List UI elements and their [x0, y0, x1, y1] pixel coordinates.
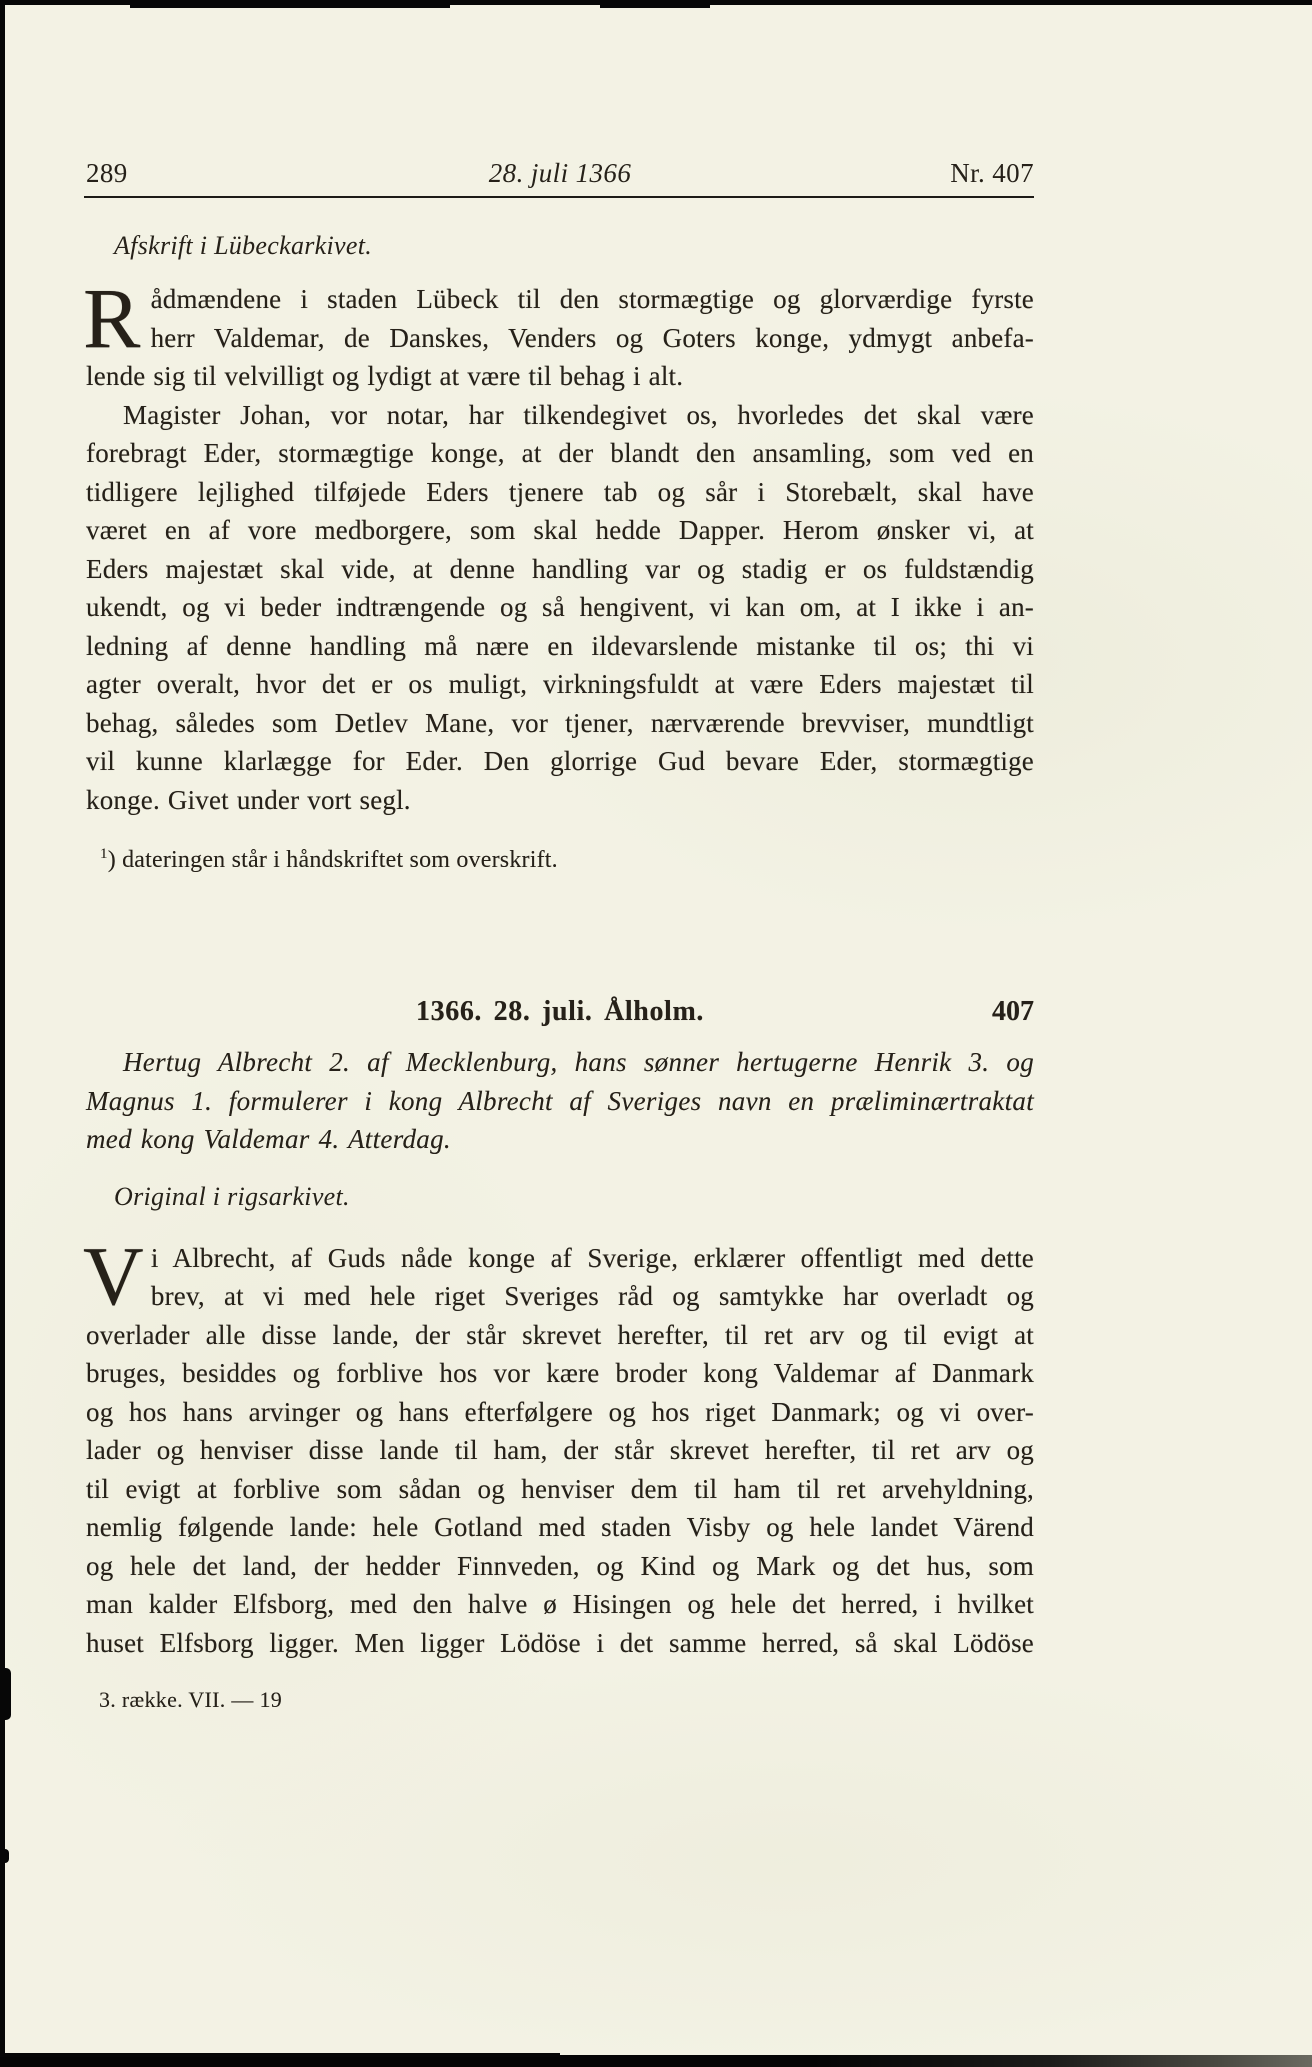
doc1-source-note: Afskrift i Lübeckarkivet. — [86, 230, 1034, 262]
text-line: bruges, besiddes og forblive hos vor kær… — [86, 1354, 1034, 1393]
text-line: nemlig følgende lande: hele Gotland med … — [86, 1508, 1034, 1547]
doc2-source-note: Original i rigsarkivet. — [86, 1181, 1034, 1213]
header-rule — [84, 196, 1034, 198]
text-line: konge. Givet under vort segl. — [86, 781, 1034, 820]
text-line: ukendt, og vi beder indtrængende og så h… — [86, 588, 1034, 627]
running-head: 289 28. juli 1366 Nr. 407 — [86, 158, 1034, 190]
text-line: overlader alle disse lande, der står skr… — [86, 1316, 1034, 1355]
text-line: tidligere lejlighed tilføjede Eders tjen… — [86, 473, 1034, 512]
doc1-footnote: 1) dateringen står i håndskriftet som ov… — [86, 845, 1034, 875]
text-line: Eders majestæt skal vide, at denne handl… — [86, 550, 1034, 589]
doc2-heading: 1366. 28. juli. Ålholm. — [86, 995, 1034, 1029]
doc2-summary: Hertug Albrecht 2. af Mecklenburg, hans … — [86, 1043, 1034, 1159]
doc1-paragraph-1-lines: ådmændene i staden Lübeck til den stormæ… — [86, 280, 1034, 396]
text-line: Hertug Albrecht 2. af Mecklenburg, hans … — [86, 1043, 1034, 1082]
text-line: i Albrecht, af Guds nåde konge af Sverig… — [86, 1239, 1034, 1278]
doc1-paragraph-1: R ådmændene i staden Lübeck til den stor… — [86, 280, 1034, 396]
scan-edge-bottom-irregularity — [0, 2053, 560, 2057]
text-line: lader og henviser disse lande til ham, d… — [86, 1431, 1034, 1470]
running-head-doc-number: Nr. 407 — [950, 158, 1034, 189]
text-line: og hele det land, der hedder Finnveden, … — [86, 1547, 1034, 1586]
volume-signature: 3. række. VII. — 19 — [86, 1686, 1034, 1714]
text-line: Magnus 1. formulerer i kong Albrecht af … — [86, 1082, 1034, 1121]
scan-edge-left-blotch — [0, 1668, 11, 1720]
footnote-marker: 1 — [100, 846, 108, 862]
text-line: herr Valdemar, de Danskes, Venders og Go… — [86, 319, 1034, 358]
text-line: til evigt at forblive som sådan og henvi… — [86, 1470, 1034, 1509]
scan-edge-top-irregularity — [600, 5, 710, 8]
text-line: forebragt Eder, stormægtige konge, at de… — [86, 434, 1034, 473]
doc2-paragraph-1-lines: i Albrecht, af Guds nåde konge af Sverig… — [86, 1239, 1034, 1663]
drop-cap-V: V — [83, 1239, 151, 1314]
doc2-paragraph-1: V i Albrecht, af Guds nåde konge af Sver… — [86, 1239, 1034, 1663]
text-line: man kalder Elfsborg, med den halve ø His… — [86, 1585, 1034, 1624]
text-block: Afskrift i Lübeckarkivet. R ådmændene i … — [86, 230, 1034, 1714]
text-line: været en af vore medborgere, som skal he… — [86, 511, 1034, 550]
text-line: lende sig til velvilligt og lydigt at væ… — [86, 357, 1034, 396]
scan-edge-left — [0, 0, 5, 2067]
text-line: ledning af denne handling må nære en ild… — [86, 627, 1034, 666]
scan-edge-left-blotch — [0, 1849, 9, 1863]
text-line: vil kunne klarlægge for Eder. Den glorri… — [86, 742, 1034, 781]
footnote-text: ) dateringen står i håndskriftet som ove… — [108, 847, 558, 873]
text-line: behag, således som Detlev Mane, vor tjen… — [86, 704, 1034, 743]
scan-edge-top-irregularity — [130, 5, 450, 8]
text-line: og hos hans arvinger og hans efterfølger… — [86, 1393, 1034, 1432]
text-line: agter overalt, hvor det er os muligt, vi… — [86, 665, 1034, 704]
text-line: med kong Valdemar 4. Atterdag. — [86, 1120, 1034, 1159]
text-line: huset Elfsborg ligger. Men ligger Lödöse… — [86, 1624, 1034, 1663]
text-line: Magister Johan, vor notar, har tilkendeg… — [86, 396, 1034, 435]
scanned-book-page: { "header": { "page_number": "289", "dat… — [0, 0, 1312, 2067]
text-line: ådmændene i staden Lübeck til den stormæ… — [86, 280, 1034, 319]
drop-cap-R: R — [83, 280, 151, 355]
doc1-paragraph-2: Magister Johan, vor notar, har tilkendeg… — [86, 396, 1034, 820]
text-line: brev, at vi med hele riget Sveriges råd … — [86, 1277, 1034, 1316]
doc2-number: 407 — [992, 995, 1034, 1029]
doc2-heading-row: 1366. 28. juli. Ålholm. 407 — [86, 995, 1034, 1029]
running-head-date: 28. juli 1366 — [86, 158, 1034, 189]
